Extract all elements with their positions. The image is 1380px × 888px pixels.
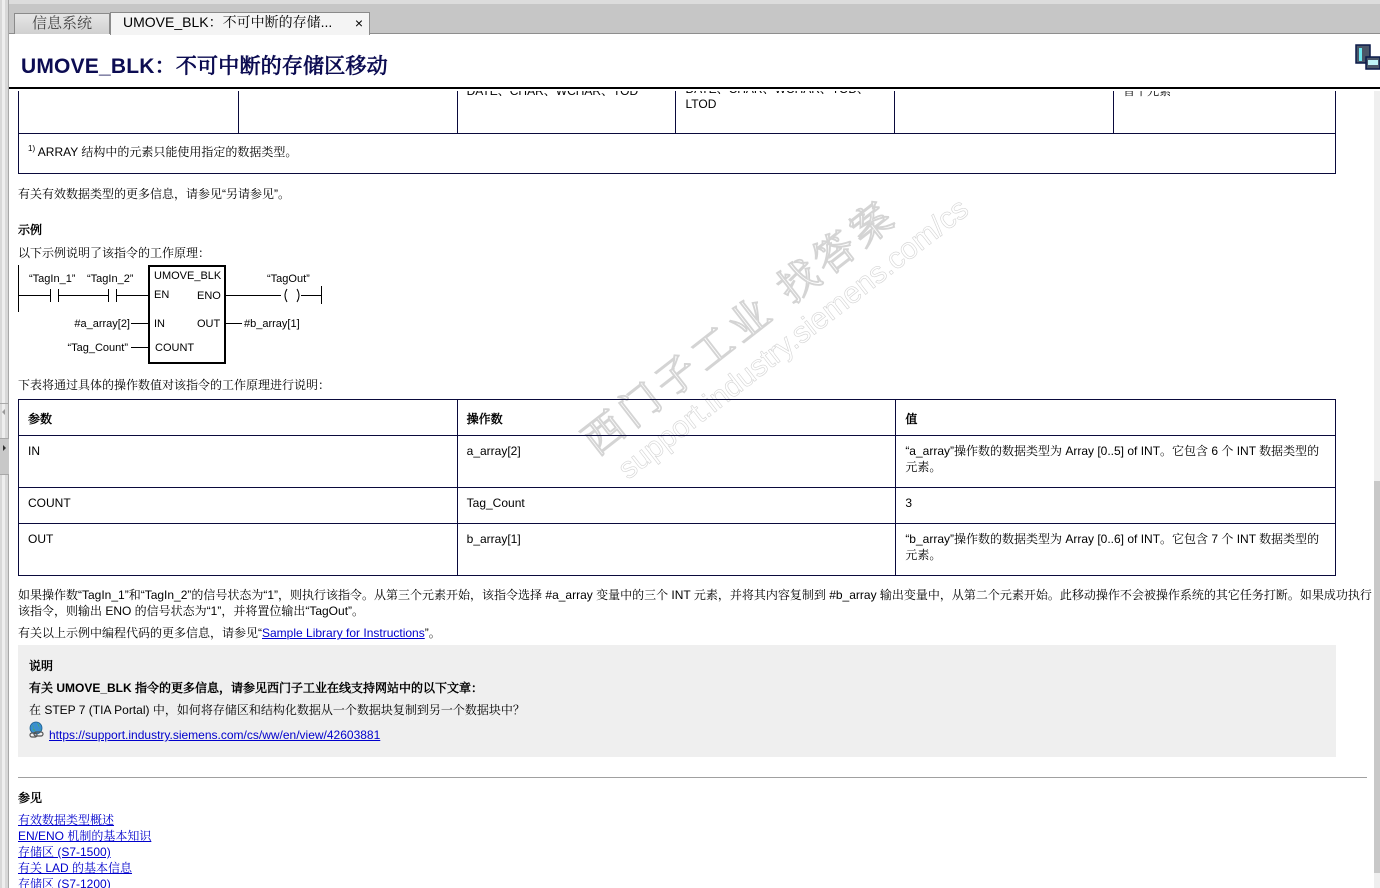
data-types-table: DATE、CHAR、WCHAR、TOD DATE、CHAR、WCHAR、TOD、…	[18, 91, 1336, 174]
pin-count: COUNT	[155, 342, 194, 354]
sample-library-text: 有关以上示例中编程代码的更多信息，请参见“Sample Library for …	[18, 624, 441, 641]
tab-umove-blk[interactable]: UMOVE_BLK：不可中断的存储... ×	[110, 12, 370, 35]
see-also-link[interactable]: EN/ENO 机制的基本知识	[18, 827, 151, 844]
explanation-line1: 如果操作数“TagIn_1”和“TagIn_2”的信号状态为“1”，则执行该指令…	[18, 586, 1372, 603]
footnote-marker: 1)	[28, 144, 35, 153]
ladder-diagram: “TagIn_1” “TagIn_2” UMOVE_BLK EN ENO IN …	[9, 261, 339, 371]
tab-label: 信息系统	[32, 15, 92, 32]
out-operand: #b_array[1]	[244, 318, 300, 330]
cell-operand: Tag_Count	[457, 488, 896, 524]
note-bold-line: 有关 UMOVE_BLK 指令的更多信息，请参见西门子工业在线支持网站中的以下文…	[29, 679, 483, 696]
chevron-right-icon	[3, 445, 6, 451]
cell-value: 3	[896, 488, 1336, 524]
table-row: 1) ARRAY 结构中的元素只能使用指定的数据类型。	[19, 134, 1336, 174]
pin-in: IN	[154, 318, 165, 330]
table-cell: 首个元素	[1114, 91, 1336, 134]
tab-information-system[interactable]: 信息系统	[14, 13, 110, 34]
note-question: 在 STEP 7 (TIA Portal) 中，如何将存储区和结构化数据从一个数…	[29, 701, 525, 718]
pin-en: EN	[154, 289, 169, 301]
contact-label-tagin1: “TagIn_1”	[29, 273, 76, 285]
page-title: UMOVE_BLK：不可中断的存储区移动	[21, 50, 388, 80]
more-info-text: 有关有效数据类型的更多信息，请参见“另请参见”。	[18, 185, 290, 202]
contact-label-tagin2: “TagIn_2”	[87, 273, 134, 285]
expand-left-button[interactable]	[0, 439, 9, 475]
cell-parameter: COUNT	[19, 488, 458, 524]
see-also-link[interactable]: 存储区 (S7-1500)	[18, 843, 111, 860]
see-also-link[interactable]: 存储区 (S7-1200)	[18, 875, 111, 888]
header-value: 值	[896, 400, 1336, 436]
example-intro: 以下示例说明了该指令的工作原理：	[18, 244, 210, 261]
table-row: COUNT Tag_Count 3	[19, 488, 1336, 524]
footnote-cell: 1) ARRAY 结构中的元素只能使用指定的数据类型。	[19, 134, 1336, 174]
close-icon[interactable]: ×	[355, 14, 363, 33]
table-cell	[19, 91, 239, 134]
table-cell	[238, 91, 457, 134]
tab-bar: 信息系统 UMOVE_BLK：不可中断的存储... ×	[9, 0, 1380, 34]
table-row: OUT b_array[1] “b_array”操作数的数据类型为 Array …	[19, 524, 1336, 576]
sample-prefix: 有关以上示例中编程代码的更多信息，请参见“	[18, 626, 262, 640]
parameter-table: 参数 操作数 值 IN a_array[2] “a_array”操作数的数据类型…	[18, 399, 1336, 576]
divider	[18, 777, 1367, 778]
table-cell: DATE、CHAR、WCHAR、TOD、 LTOD	[676, 91, 895, 134]
in-operand: #a_array[2]	[74, 318, 130, 330]
cell-parameter: IN	[19, 436, 458, 488]
header-operand: 操作数	[457, 400, 896, 436]
example-heading: 示例	[18, 221, 42, 238]
page-header: UMOVE_BLK：不可中断的存储区移动	[9, 35, 1380, 89]
table-row: DATE、CHAR、WCHAR、TOD DATE、CHAR、WCHAR、TOD、…	[19, 91, 1336, 134]
scrollbar-thumb[interactable]	[1374, 481, 1380, 873]
article-link[interactable]: https://support.industry.siemens.com/cs/…	[49, 728, 380, 742]
coil-label: “TagOut”	[267, 273, 310, 285]
pin-eno: ENO	[197, 290, 221, 302]
globe-link-icon	[28, 721, 46, 739]
cell-value: “a_array”操作数的数据类型为 Array [0..5] of INT。它…	[896, 436, 1336, 488]
cell-value: “b_array”操作数的数据类型为 Array [0..6] of INT。它…	[896, 524, 1336, 576]
table-cell	[895, 91, 1114, 134]
see-also-link[interactable]: 有关 LAD 的基本信息	[18, 859, 132, 876]
sample-library-link[interactable]: Sample Library for Instructions	[262, 626, 425, 640]
box-title: UMOVE_BLK	[154, 270, 222, 282]
table-header-row: 参数 操作数 值	[19, 400, 1336, 436]
sample-suffix: ”。	[425, 626, 441, 640]
note-heading: 说明	[29, 657, 53, 674]
cell-operand: a_array[2]	[457, 436, 896, 488]
table-cell: DATE、CHAR、WCHAR、TOD	[457, 91, 676, 134]
table-intro: 下表将通过具体的操作数值对该指令的工作原理进行说明：	[18, 376, 330, 393]
cell-parameter: OUT	[19, 524, 458, 576]
window-layout-icon[interactable]	[1355, 43, 1380, 73]
footnote-text: ARRAY 结构中的元素只能使用指定的数据类型。	[38, 145, 298, 159]
header-parameter: 参数	[19, 400, 458, 436]
cell-operand: b_array[1]	[457, 524, 896, 576]
count-operand: “Tag_Count”	[67, 342, 128, 354]
help-content: 西门子工业 找答案 support.industry.siemens.com/c…	[9, 91, 1374, 888]
chevron-left-icon	[2, 409, 5, 415]
collapse-left-button[interactable]	[0, 403, 9, 439]
pin-out: OUT	[197, 318, 221, 330]
table-row: IN a_array[2] “a_array”操作数的数据类型为 Array […	[19, 436, 1336, 488]
explanation-line2: 该指令，则输出 ENO 的信号状态为“1”，并将置位输出“TagOut”。	[18, 602, 364, 619]
tab-label: UMOVE_BLK：不可中断的存储...	[123, 14, 332, 30]
see-also-heading: 参见	[18, 789, 42, 806]
see-also-link[interactable]: 有效数据类型概述	[18, 811, 114, 828]
